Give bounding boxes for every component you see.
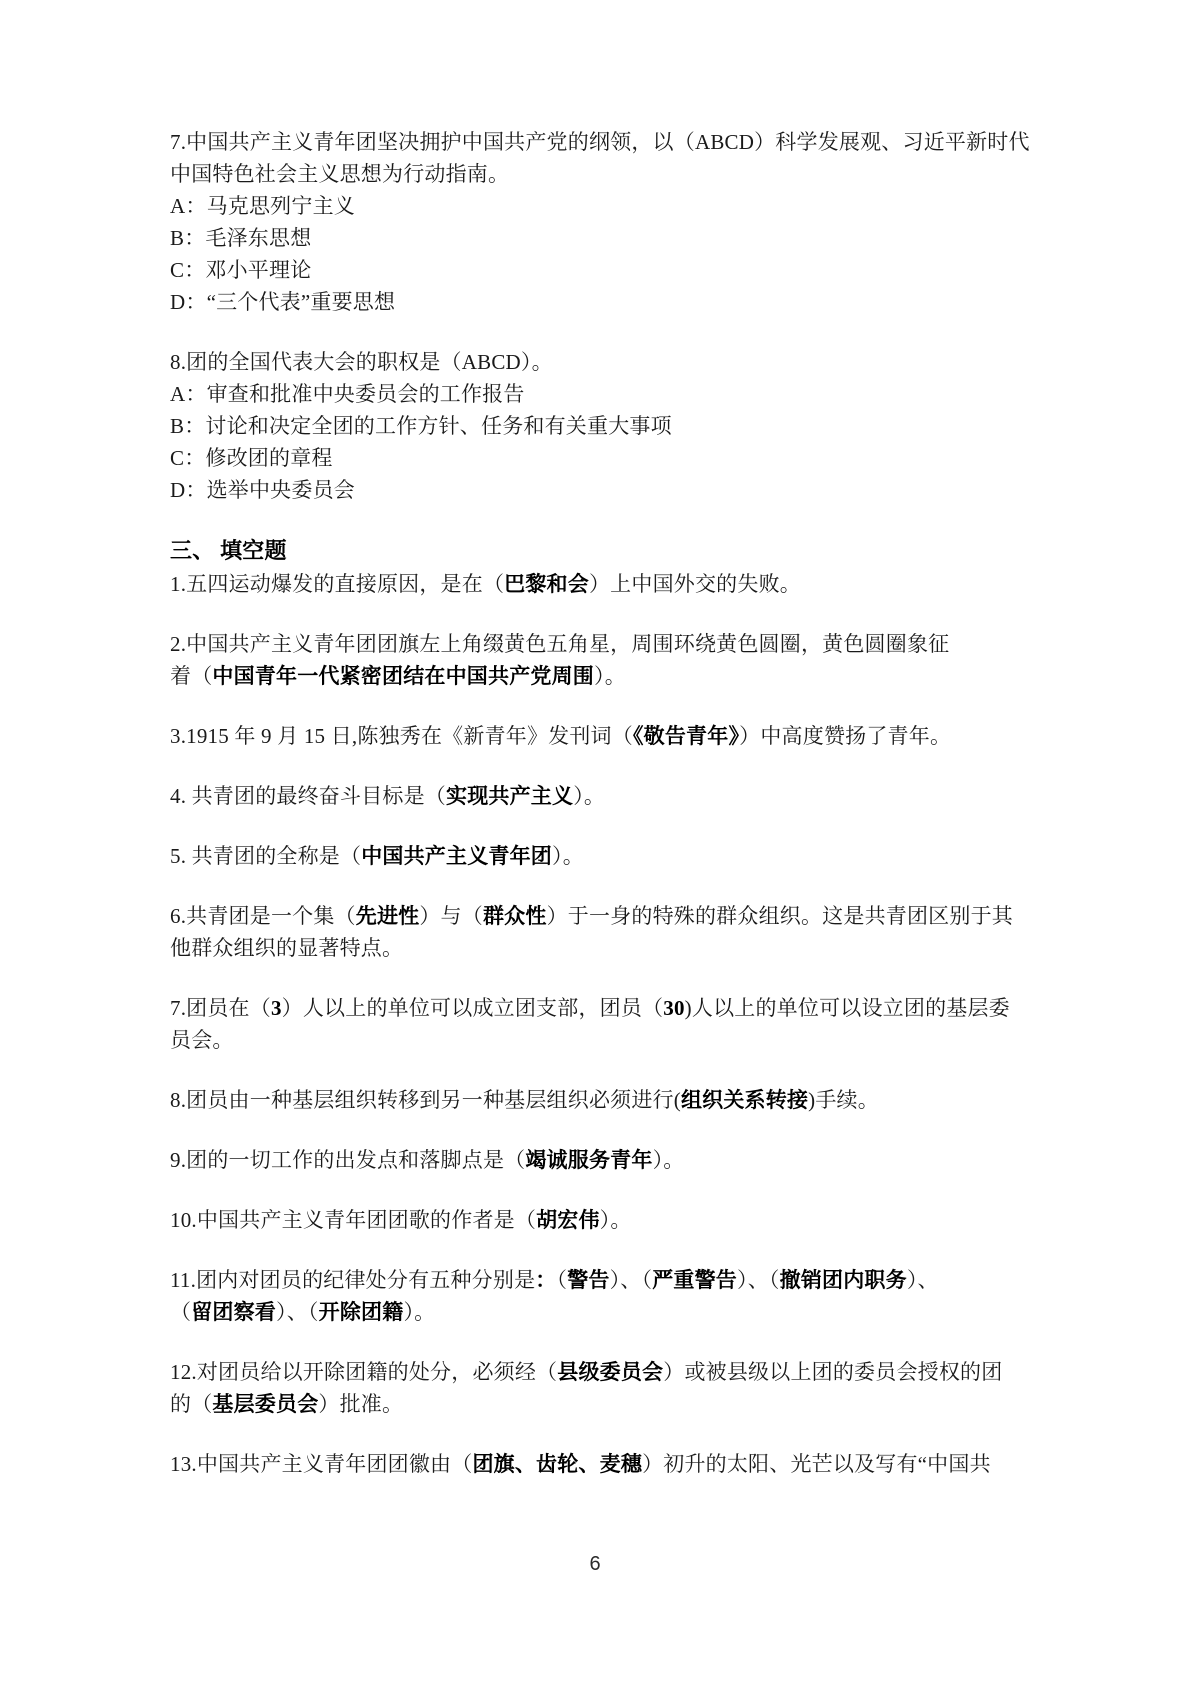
answer-bold-text: 3 (271, 996, 282, 1020)
body-text: )手续。 (808, 1088, 879, 1112)
body-text: D：选举中央委员会 (170, 478, 355, 502)
text-line: 三、 填空题 (170, 534, 1050, 568)
fill-question-9: 9.团的一切工作的出发点和落脚点是（竭诚服务青年）。 (170, 1144, 1050, 1176)
body-text: 11.团内对团员的纪律处分有五种分别是 (170, 1268, 535, 1292)
body-text: 着（ (170, 664, 212, 688)
body-text: ）于一身的特殊的群众组织。这是共青团区别于其 (547, 904, 1013, 928)
answer-bold-text: 30 (663, 996, 684, 1020)
body-text: B：讨论和决定全团的工作方针、任务和有关重大事项 (170, 414, 672, 438)
fill-question-5: 5. 共青团的全称是（中国共产主义青年团）。 (170, 840, 1050, 872)
body-text: 4. 共青团的最终奋斗目标是（ (170, 784, 446, 808)
text-line: 3.1915 年 9 月 15 日,陈独秀在《新青年》发刊词（《敬告青年》）中高… (170, 720, 1050, 752)
answer-bold-text: 先进性 (356, 904, 420, 928)
body-text: ）、 (907, 1268, 939, 1292)
body-text: 12.对团员给以开除团籍的处分，必须经（ (170, 1360, 557, 1384)
body-text: 8.团员由一种基层组织转移到另一种基层组织必须进行( (170, 1088, 681, 1112)
body-text: D：“三个代表”重要思想 (170, 290, 395, 314)
section-heading-fill-in: 三、 填空题 (170, 534, 1050, 568)
text-line: D：“三个代表”重要思想 (170, 286, 1050, 318)
text-line: 4. 共青团的最终奋斗目标是（实现共产主义）。 (170, 780, 1050, 812)
text-line: 10.中国共产主义青年团团歌的作者是（胡宏伟）。 (170, 1204, 1050, 1236)
text-line: A：马克思列宁主义 (170, 190, 1050, 222)
text-line: 9.团的一切工作的出发点和落脚点是（竭诚服务青年）。 (170, 1144, 1050, 1176)
answer-bold-text: 竭诚服务青年 (525, 1148, 652, 1172)
body-text: 3.1915 年 9 月 15 日,陈独秀在《新青年》发刊词（ (170, 724, 633, 748)
body-text: ）、（ (610, 1268, 653, 1292)
body-text: （ (170, 1300, 191, 1324)
body-text: ）或被县级以上团的委员会授权的团 (663, 1360, 1002, 1384)
text-line: 他群众组织的显著特点。 (170, 932, 1050, 964)
answer-bold-text: 留团察看 (191, 1300, 276, 1324)
fill-question-6: 6.共青团是一个集（先进性）与（群众性）于一身的特殊的群众组织。这是共青团区别于… (170, 900, 1050, 964)
answer-bold-text: 警告 (567, 1268, 609, 1292)
body-text: 2.中国共产主义青年团团旗左上角缀黄色五角星，周围环绕黄色圆圈，黄色圆圈象征 (170, 632, 949, 656)
text-line: 中国特色社会主义思想为行动指南。 (170, 158, 1050, 190)
body-text: 1.五四运动爆发的直接原因，是在（ (170, 572, 504, 596)
body-text: ）。 (403, 1300, 435, 1324)
document-page: 7.中国共产主义青年团坚决拥护中国共产党的纲领，以（ABCD）科学发展观、习近平… (0, 0, 1190, 1683)
body-text: B：毛泽东思想 (170, 226, 311, 250)
answer-bold-text: 县级委员会 (557, 1360, 663, 1384)
text-line: 1.五四运动爆发的直接原因，是在（巴黎和会）上中国外交的失败。 (170, 568, 1050, 600)
fill-question-1: 1.五四运动爆发的直接原因，是在（巴黎和会）上中国外交的失败。 (170, 568, 1050, 600)
answer-bold-text: 三、 填空题 (170, 538, 287, 563)
body-text: ）批准。 (318, 1392, 403, 1416)
fill-question-3: 3.1915 年 9 月 15 日,陈独秀在《新青年》发刊词（《敬告青年》）中高… (170, 720, 1050, 752)
fill-question-2: 2.中国共产主义青年团团旗左上角缀黄色五角星，周围环绕黄色圆圈，黄色圆圈象征着（… (170, 628, 1050, 692)
text-line: C：邓小平理论 (170, 254, 1050, 286)
answer-bold-text: 巴黎和会 (504, 572, 589, 596)
answer-bold-text: 团旗、齿轮、麦穗 (472, 1452, 642, 1476)
text-line: B：讨论和决定全团的工作方针、任务和有关重大事项 (170, 410, 1050, 442)
text-line: 12.对团员给以开除团籍的处分，必须经（县级委员会）或被县级以上团的委员会授权的… (170, 1356, 1050, 1388)
fill-question-8: 8.团员由一种基层组织转移到另一种基层组织必须进行(组织关系转接)手续。 (170, 1084, 1050, 1116)
body-text: 员会。 (170, 1028, 234, 1052)
body-text: C：邓小平理论 (170, 258, 311, 282)
body-text: A：审查和批准中央委员会的工作报告 (170, 382, 525, 406)
answer-bold-text: 中国青年一代紧密团结在中国共产党周围 (212, 664, 594, 688)
text-line: 6.共青团是一个集（先进性）与（群众性）于一身的特殊的群众组织。这是共青团区别于… (170, 900, 1050, 932)
text-line: 13.中国共产主义青年团团徽由（团旗、齿轮、麦穗）初升的太阳、光芒以及写有“中国… (170, 1448, 1050, 1480)
answer-bold-text: 胡宏伟 (536, 1208, 600, 1232)
body-text: ）。 (573, 784, 605, 808)
text-line: （留团察看）、（开除团籍）。 (170, 1296, 1050, 1328)
body-text: A：马克思列宁主义 (170, 194, 355, 218)
text-line: B：毛泽东思想 (170, 222, 1050, 254)
body-text: C：修改团的章程 (170, 446, 333, 470)
body-text: ）初升的太阳、光芒以及写有“中国共 (642, 1452, 991, 1476)
text-line: 着（中国青年一代紧密团结在中国共产党周围）。 (170, 660, 1050, 692)
fill-question-7: 7.团员在（3）人以上的单位可以成立团支部，团员（30)人以上的单位可以设立团的… (170, 992, 1050, 1056)
page-number: 6 (0, 1552, 1190, 1576)
answer-bold-text: 严重警告 (652, 1268, 737, 1292)
body-text: ）、（ (276, 1300, 319, 1324)
body-text: ）中高度赞扬了青年。 (739, 724, 951, 748)
body-text: ）。 (552, 844, 584, 868)
body-text: ）上中国外交的失败。 (589, 572, 801, 596)
answer-bold-text: 开除团籍 (319, 1300, 404, 1324)
body-text: 13.中国共产主义青年团团徽由（ (170, 1452, 472, 1476)
text-line: 5. 共青团的全称是（中国共产主义青年团）。 (170, 840, 1050, 872)
body-text: 中国特色社会主义思想为行动指南。 (170, 162, 509, 186)
body-text: ）。 (594, 664, 626, 688)
body-text: （ (556, 1268, 567, 1292)
document-body: 7.中国共产主义青年团坚决拥护中国共产党的纲领，以（ABCD）科学发展观、习近平… (170, 126, 1050, 1508)
answer-bold-text: ： (535, 1268, 556, 1292)
body-text: ）人以上的单位可以成立团支部，团员（ (282, 996, 664, 1020)
body-text: ）、（ (737, 1268, 780, 1292)
choice-question-7: 7.中国共产主义青年团坚决拥护中国共产党的纲领，以（ABCD）科学发展观、习近平… (170, 126, 1050, 318)
fill-question-11: 11.团内对团员的纪律处分有五种分别是：（警告）、（严重警告）、（撤销团内职务）… (170, 1264, 1050, 1328)
body-text: ）与（ (419, 904, 483, 928)
fill-question-13: 13.中国共产主义青年团团徽由（团旗、齿轮、麦穗）初升的太阳、光芒以及写有“中国… (170, 1448, 1050, 1480)
text-line: 8.团的全国代表大会的职权是（ABCD）。 (170, 346, 1050, 378)
body-text: 他群众组织的显著特点。 (170, 936, 403, 960)
body-text: 7.中国共产主义青年团坚决拥护中国共产党的纲领，以（ABCD）科学发展观、习近平… (170, 130, 1030, 154)
text-line: 7.中国共产主义青年团坚决拥护中国共产党的纲领，以（ABCD）科学发展观、习近平… (170, 126, 1050, 158)
answer-bold-text: 基层委员会 (212, 1392, 318, 1416)
fill-question-4: 4. 共青团的最终奋斗目标是（实现共产主义）。 (170, 780, 1050, 812)
body-text: ）。 (600, 1208, 632, 1232)
text-line: 11.团内对团员的纪律处分有五种分别是：（警告）、（严重警告）、（撤销团内职务）… (170, 1264, 1050, 1296)
text-line: 8.团员由一种基层组织转移到另一种基层组织必须进行(组织关系转接)手续。 (170, 1084, 1050, 1116)
fill-question-10: 10.中国共产主义青年团团歌的作者是（胡宏伟）。 (170, 1204, 1050, 1236)
answer-bold-text: 《敬告青年》 (633, 724, 739, 748)
body-text: )人以上的单位可以设立团的基层委 (685, 996, 1010, 1020)
fill-question-12: 12.对团员给以开除团籍的处分，必须经（县级委员会）或被县级以上团的委员会授权的… (170, 1356, 1050, 1420)
answer-bold-text: 中国共产主义青年团 (361, 844, 552, 868)
text-line: 的（基层委员会）批准。 (170, 1388, 1050, 1420)
text-line: C：修改团的章程 (170, 442, 1050, 474)
text-line: D：选举中央委员会 (170, 474, 1050, 506)
answer-bold-text: 撤销团内职务 (780, 1268, 907, 1292)
answer-bold-text: 实现共产主义 (446, 784, 573, 808)
body-text: 的（ (170, 1392, 212, 1416)
text-line: A：审查和批准中央委员会的工作报告 (170, 378, 1050, 410)
text-line: 7.团员在（3）人以上的单位可以成立团支部，团员（30)人以上的单位可以设立团的… (170, 992, 1050, 1024)
body-text: 10.中国共产主义青年团团歌的作者是（ (170, 1208, 536, 1232)
choice-question-8: 8.团的全国代表大会的职权是（ABCD）。A：审查和批准中央委员会的工作报告B：… (170, 346, 1050, 506)
text-line: 员会。 (170, 1024, 1050, 1056)
body-text: 8.团的全国代表大会的职权是（ABCD）。 (170, 350, 553, 374)
body-text: ）。 (653, 1148, 685, 1172)
body-text: 9.团的一切工作的出发点和落脚点是（ (170, 1148, 525, 1172)
text-line: 2.中国共产主义青年团团旗左上角缀黄色五角星，周围环绕黄色圆圈，黄色圆圈象征 (170, 628, 1050, 660)
body-text: 7.团员在（ (170, 996, 271, 1020)
body-text: 6.共青团是一个集（ (170, 904, 356, 928)
answer-bold-text: 群众性 (483, 904, 547, 928)
answer-bold-text: 组织关系转接 (681, 1088, 808, 1112)
body-text: 5. 共青团的全称是（ (170, 844, 361, 868)
